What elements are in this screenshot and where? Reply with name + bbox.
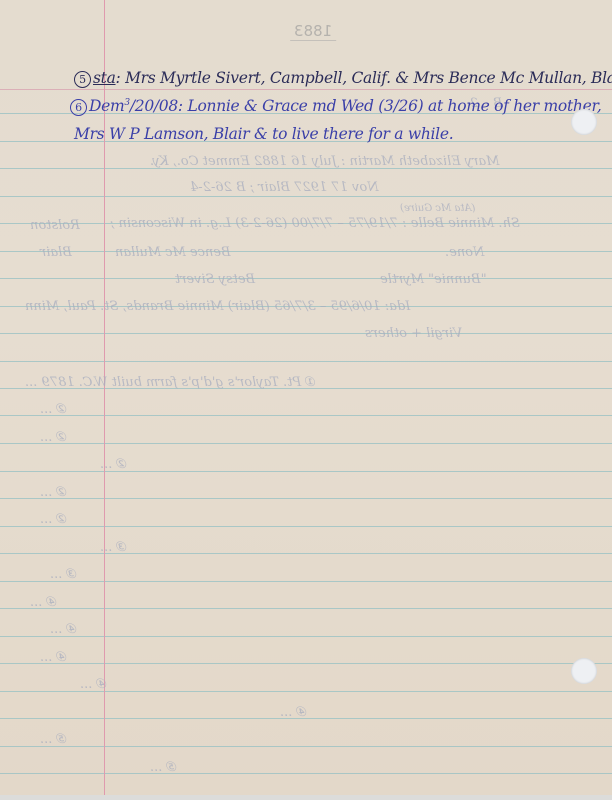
entry-text: /20/08: Lonnie & Grace md Wed (3/26) at … [130, 97, 602, 115]
rule-line [0, 333, 612, 334]
entry-prefix: Dem [89, 97, 124, 115]
punch-hole [571, 109, 597, 135]
bleed-text: Sh. Minnie Belle : 7/19/75 – 7/7/00 (26-… [110, 216, 520, 231]
rule-line [0, 415, 612, 416]
bleed-text: ② ... [40, 485, 68, 500]
bleed-text: ④ ... [40, 650, 68, 665]
bleed-text: None. [445, 245, 484, 260]
entry-6: 6Dem3/20/08: Lonnie & Grace md Wed (3/26… [70, 97, 601, 116]
bleed-text: ② ... [100, 457, 128, 472]
rule-line [0, 608, 612, 609]
bleed-text: Betsy Sivert [175, 272, 255, 287]
header-rule-line [0, 89, 612, 90]
punch-hole [571, 658, 597, 684]
notebook-page: 1883 B – 2 Mary Elizabeth Martin : July … [0, 0, 612, 795]
bleed-text: ③ ... [100, 540, 128, 555]
bleed-text: ④ ... [50, 622, 78, 637]
bleed-text: ④ ... [280, 705, 308, 720]
bleed-text: "Bunnie" Myrtle [380, 272, 487, 287]
margin-line [104, 0, 105, 795]
rule-line [0, 443, 612, 444]
rule-line [0, 636, 612, 637]
bleed-text: ③ ... [50, 567, 78, 582]
bleed-text: Mary Elizabeth Martin : July 16 1882 Emm… [150, 154, 499, 169]
rule-line [0, 526, 612, 527]
rule-line [0, 581, 612, 582]
rule-line [0, 553, 612, 554]
entry-number-circle: 6 [70, 99, 87, 116]
bleed-text: Ida: 10/6/95 – 3/7/65 (Blair) Minnie Bra… [25, 299, 410, 314]
entry-number-circle: 5 [74, 71, 91, 88]
rule-line [0, 746, 612, 747]
entry-6-continuation: Mrs W P Lamson, Blair & to live there fo… [74, 125, 453, 143]
rule-line [0, 471, 612, 472]
bleed-text: (Ata Mc Guire) [400, 203, 475, 214]
rule-line [0, 498, 612, 499]
bleed-text: ② ... [40, 402, 68, 417]
bleed-text: Nov 17 1927 Blair ; B 26-2-4 [190, 180, 379, 195]
rule-line [0, 278, 612, 279]
rule-line [0, 251, 612, 252]
rule-line [0, 361, 612, 362]
bleed-text: Blair [40, 245, 72, 260]
bleed-text: Bence Mc Mullan [115, 245, 231, 260]
bleed-text: ⑤ ... [150, 760, 178, 775]
bleed-text: ⑤ ... [40, 732, 68, 747]
rule-line [0, 196, 612, 197]
rule-line [0, 663, 612, 664]
scan-bottom-edge [0, 795, 612, 800]
bleed-text: ② ... [40, 512, 68, 527]
bleed-text: ① Pt. Taylor's g'd'p's farm built W.C. 1… [25, 375, 317, 390]
entry-prefix: sta [93, 69, 116, 87]
bleed-text: ② ... [40, 430, 68, 445]
entry-text: Mrs W P Lamson, Blair & to live there fo… [74, 125, 453, 143]
bleed-text: ④ ... [80, 677, 108, 692]
bleed-text: Virgil + others [365, 326, 462, 341]
bleed-text: ④ ... [30, 595, 58, 610]
entry-text: : Mrs Myrtle Sivert, Campbell, Calif. & … [116, 69, 612, 87]
bleed-text: Rolston [30, 218, 80, 233]
entry-5: 5sta: Mrs Myrtle Sivert, Campbell, Calif… [74, 69, 612, 88]
rule-line [0, 773, 612, 774]
bleed-through-year: 1883 [290, 22, 336, 41]
